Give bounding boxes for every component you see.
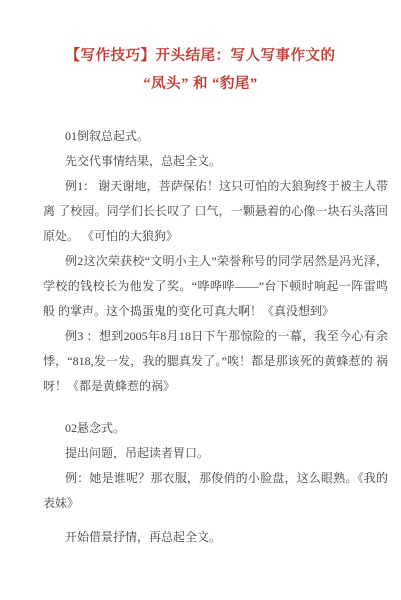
section1-example-2: 例2这次荣获校“文明小主人”荣誉称号的同学居然是冯光泽，学校的钱校长为他发了奖。… — [43, 249, 388, 324]
document-title-line1: 【写作技巧】开头结尾：写人写事作文的 — [40, 42, 361, 70]
document-title-line2: “凤头” 和 “豹尾” — [40, 70, 361, 98]
section1-heading: 01倒叙总起式。 — [43, 124, 388, 149]
document-title: 【写作技巧】开头结尾：写人写事作文的 “凤头” 和 “豹尾” — [40, 42, 361, 98]
section2-closing-note: 开始借景抒情，再总起全文。 — [43, 525, 388, 550]
section1-description: 先交代事情结果，总起全文。 — [43, 149, 388, 174]
document-body: 01倒叙总起式。 先交代事情结果，总起全文。 例1： 谢天谢地，菩萨保佑！这只可… — [43, 124, 388, 550]
section2-heading: 02悬念式。 — [43, 416, 388, 441]
section2-example: 例：她是谁呢？那衣服，那俊俏的小脸盘，这么眼熟。《我的表妹》 — [43, 466, 388, 516]
section1-example-3: 例3 ：想到2005年8月18日下午那惊险的一幕，我至今心有余 悸，“818,发… — [43, 324, 388, 399]
document-page: 【写作技巧】开头结尾：写人写事作文的 “凤头” 和 “豹尾” 01倒叙总起式。 … — [0, 0, 401, 600]
section1-example-1: 例1： 谢天谢地，菩萨保佑！这只可怕的大狼狗终于被主人带离 了校园。同学们长长叹… — [43, 174, 388, 249]
section2-description: 提出问题，吊起读者胃口。 — [43, 441, 388, 466]
